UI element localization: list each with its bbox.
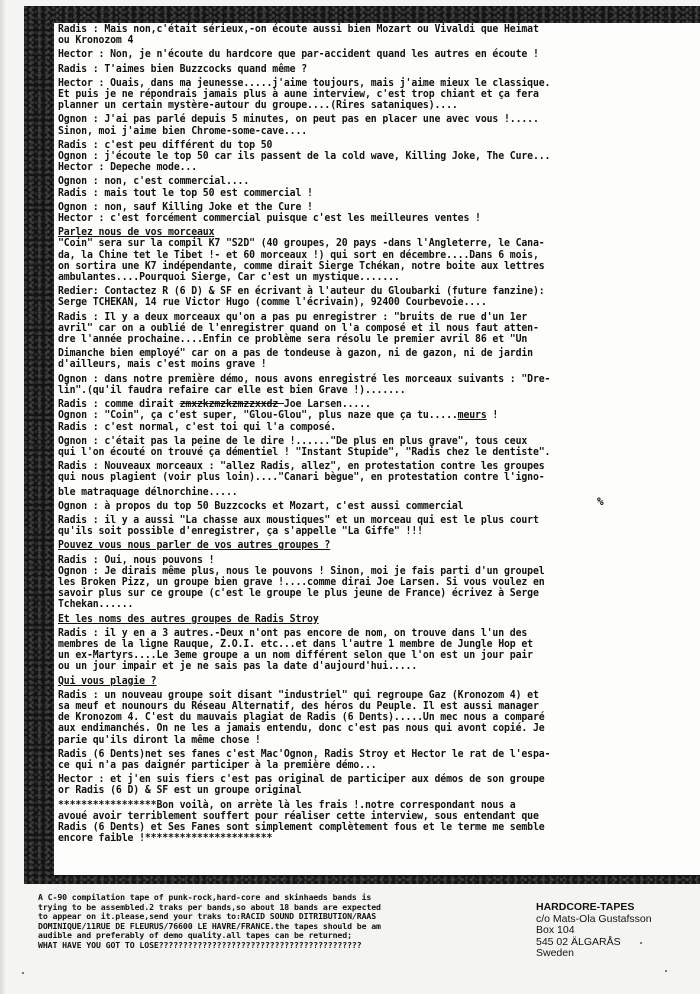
interview-text-panel: Radis : Mais non,c'était sérieux,-on éco… xyxy=(54,23,700,875)
ad-line: WHAT HAVE YOU GOT TO LOSE???????????????… xyxy=(38,941,498,951)
interview-line: ce qui n'a pas daignér participer à la p… xyxy=(58,760,659,771)
interview-line: Radis : T'aimes bien Buzzcocks quand mêm… xyxy=(58,64,659,75)
interview-line: encore faible !********************** xyxy=(58,833,659,844)
interview-line: Radis : mais tout le top 50 est commerci… xyxy=(58,188,659,199)
interview-line: planner un certain mystère-autour du gro… xyxy=(58,100,659,111)
address-line: Sweden xyxy=(536,948,696,960)
scan-speck xyxy=(640,942,642,944)
address-company: HARDCORE-TAPES xyxy=(536,902,696,914)
hardcore-tapes-address: HARDCORE-TAPESc/o Mats-Ola GustafssonBox… xyxy=(536,902,696,960)
interview-line: Sinon, moi j'aime bien Chrome-some-cave.… xyxy=(58,126,659,137)
interview-line: Ognon : à propos du top 50 Buzzcocks et … xyxy=(58,501,659,512)
interview-line: Hector : Depeche mode... xyxy=(58,162,659,173)
interview-line: qui nous plagient (voir plus loin)...."C… xyxy=(58,472,659,483)
interview-line: ou un jour impair et je ne sais pas la d… xyxy=(58,661,659,672)
scan-edge xyxy=(0,0,6,994)
interview-line: ambulantes....Pourquoi Sierge, Car c'est… xyxy=(58,272,659,283)
scan-speck xyxy=(665,970,667,972)
interview-line: qui l'on écouté on trouvé ça démentiel !… xyxy=(58,447,659,458)
interview-line: lin".(qu'il faudra refaire car elle est … xyxy=(58,385,659,396)
interview-line: parie qu'ils diront la même chose ! xyxy=(58,735,659,746)
section-heading: Pouvez vous nous parler de vos autres gr… xyxy=(58,540,659,551)
interview-line: Radis : c'est normal, c'est toi qui l'a … xyxy=(58,422,659,433)
section-heading: Qui vous plagie ? xyxy=(58,676,659,687)
article-frame: Radis : Mais non,c'était sérieux,-on éco… xyxy=(24,6,700,884)
section-heading: Et les noms des autres groupes de Radis … xyxy=(58,614,659,625)
struck-text: zmxzkzmzkzmzzxxdz xyxy=(180,398,284,410)
interview-line: Serge TCHEKAN, 14 rue Victor Hugo (comme… xyxy=(58,297,659,308)
interview-line: d'ailleurs, mais c'est moins grave ! xyxy=(58,359,659,370)
interview-line: or Radis (6 D) & SF est un groupe origin… xyxy=(58,785,659,796)
interview-line: Tchekan...... xyxy=(58,599,659,610)
interview-line: Hector : Non, je n'écoute du hardcore qu… xyxy=(58,49,659,60)
interview-line: qu'ils soit possible d'enregistrer, ça s… xyxy=(58,526,659,537)
scan-speck xyxy=(22,972,24,974)
address-line: Box 104 xyxy=(536,925,696,937)
margin-mark: % xyxy=(597,495,604,508)
interview-line: Radis : Mais non,c'était sérieux,-on éco… xyxy=(58,24,659,35)
interview-line: ble matraquage délnorchine..... xyxy=(58,487,659,498)
interview-line: savoir plus sur ce groupe (c'est le grou… xyxy=(58,588,659,599)
underlined-word: meurs xyxy=(458,409,487,421)
interview-line: Hector : c'est forcément commercial puis… xyxy=(58,213,659,224)
interview-line: ou Kronozom 4 xyxy=(58,35,659,46)
interview-line: dre l'année prochaine....Enfin ce problè… xyxy=(58,334,659,345)
compilation-tape-ad: A C-90 compilation tape of punk-rock,har… xyxy=(38,893,498,951)
